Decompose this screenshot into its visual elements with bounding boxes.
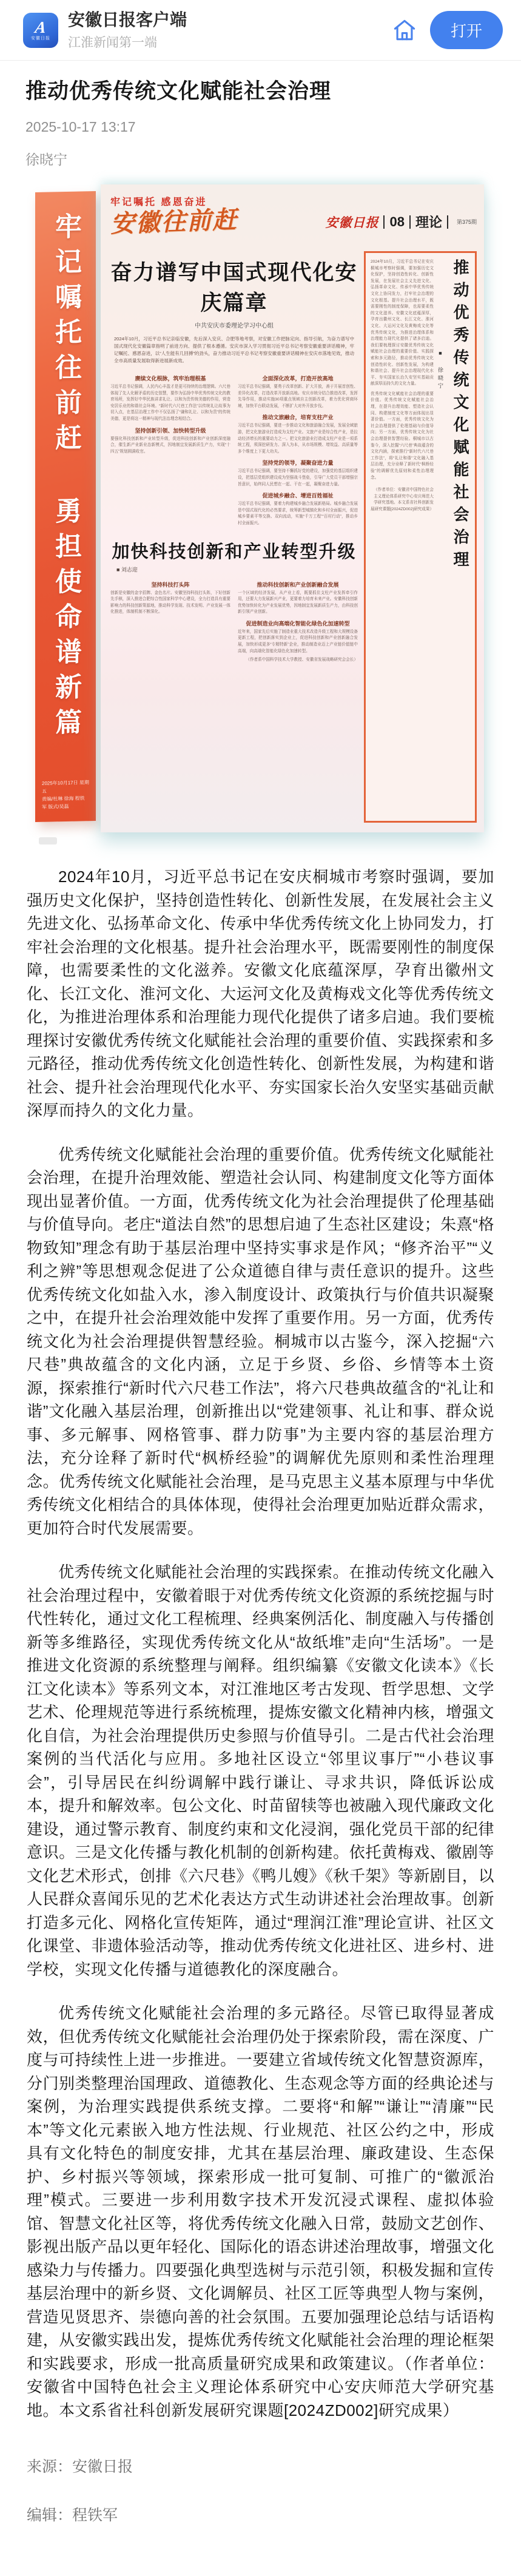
masthead-issue: 第375期	[457, 218, 477, 226]
newspaper-headline-1: 奋力谱写中国式现代化安庆篇章	[110, 256, 358, 317]
article-paragraph: 优秀传统文化赋能社会治理的实践探索。在推动传统文化融入社会治理过程中，安徽着眼于…	[27, 1560, 494, 1981]
banner-meta: 2025年10月17日 星期五 责编/杜琳 徐海 程铁军 版式/吴磊	[42, 778, 89, 811]
banner-slogan-vertical: 牢记嘱托往前赶 勇担使命谱新篇	[46, 212, 85, 743]
newspaper-masthead-row: 牢记嘱托 感恩奋进 安徽往前赶 安徽日报 08 理论 第375期	[110, 194, 477, 250]
masthead-divider	[447, 215, 448, 229]
newspaper-micro-text: 要强化科技创新和产业转型升级，促进科技创新和产业创新深度融合，催生新产业新业态新…	[110, 436, 230, 456]
newspaper-section-head: 全面深化改革，打造开放高地	[238, 374, 358, 382]
masthead-right: 安徽日报 08 理论 第375期	[325, 212, 477, 231]
newspaper-headline-2: 加快科技创新和产业转型升级	[110, 538, 358, 563]
newspaper-page-image[interactable]: 牢记嘱托往前赶 勇担使命谱新篇 2025年10月17日 星期五 责编/杜琳 徐海…	[35, 184, 484, 832]
newspaper-micro-text: 创新是安徽的金字招牌、金色名片。安徽坚持科技打头阵，下好创新先手棋，深入推进合肥…	[110, 590, 230, 616]
newspaper-two-columns-1: 赓续文化根脉，筑牢治理根基 习近平总书记强调，人民内心丰盈才是更可持续的治理逻辑…	[110, 371, 358, 527]
article-meta-footer: 来源：安徽日报 编辑：程铁军	[0, 2455, 521, 2576]
newspaper-section-head: 推动科技创新和产业创新融合发展	[238, 581, 358, 588]
app-name: 安徽日报客户端	[68, 10, 391, 30]
newspaper-col-d: 推动科技创新和产业创新融合发展 一个区域的经济发展，从产业上看，既要抓住支柱产业…	[238, 577, 358, 664]
masthead-section: 理论	[415, 212, 442, 231]
newspaper-micro-text: 习近平总书记强调，要着力构建城乡融合发展新格局。城乡融合发展是中国式现代化的必然…	[238, 501, 358, 527]
article-paragraph: 优秀传统文化赋能社会治理的重要价值。优秀传统文化赋能社会治理，在提升治理效能、塑…	[27, 1143, 494, 1540]
app-logo-glyph: A	[34, 19, 47, 35]
open-app-button[interactable]: 打开	[430, 11, 503, 49]
article-paragraph: 优秀传统文化赋能社会治理的多元路径。尽管已取得显著成效，但优秀传统文化赋能社会治…	[27, 2001, 494, 2422]
featured-article-box: 2024年10月，习近平总书记在安庆桐城市考察时强调，要加强历史文化保护，坚持创…	[364, 251, 477, 823]
image-watermark	[39, 837, 57, 845]
newspaper-sheet: 牢记嘱托 感恩奋进 安徽往前赶 安徽日报 08 理论 第375期 奋力谱写中国式…	[101, 184, 484, 832]
featured-micro-text: 优秀传统文化赋能社会治理的重要价值。优秀传统文化赋能社会治理，在提升治理效能、塑…	[371, 391, 434, 481]
newspaper-columns: 奋力谱写中国式现代化安庆篇章 中共安庆市委理论学习中心组 2024年10月，习近…	[110, 250, 477, 823]
newspaper-section-head: 促进制造业向高端化智能化绿色化加速转型	[238, 619, 358, 627]
app-logo-text: 安徽日报	[31, 35, 50, 41]
app-banner: A 安徽日报 安徽日报客户端 江淮新闻第一端 打开	[0, 0, 521, 61]
masthead-left: 牢记嘱托 感恩奋进 安徽往前赶	[110, 194, 238, 236]
featured-micro-text: 2024年10月，习近平总书记在安庆桐城市考察时强调，要加强历史文化保护，坚持创…	[371, 259, 434, 388]
newspaper-main-column: 奋力谱写中国式现代化安庆篇章 中共安庆市委理论学习中心组 2024年10月，习近…	[110, 250, 358, 823]
app-logo-icon: A 安徽日报	[23, 13, 58, 48]
article-header: 推动优秀传统文化赋能社会治理 2025-10-17 13:17 徐晓宁	[0, 61, 521, 169]
article-editor: 编辑：程铁军	[27, 2503, 494, 2525]
newspaper-intro: 2024年10月，习近平总书记亲临安徽，先后深入安庆、合肥等地考察，对安徽工作把…	[110, 335, 358, 365]
newspaper-section-head: 坚持创新引领、加快转型升级	[110, 427, 230, 434]
newspaper-micro-text: 一个区域的经济发展，从产业上看，既要抓住支柱产业发挥牵引作用，还要大力发展新兴产…	[238, 590, 358, 616]
banner-staff: 责编/杜琳 徐海 程铁军 版式/吴磊	[42, 794, 89, 811]
app-tagline: 江淮新闻第一端	[68, 33, 391, 51]
newspaper-micro-text: 习近平总书记强调，要勇于改革创新、扩大开放，善于开展首创性、差异化改革，打造改革…	[238, 384, 358, 410]
newspaper-micro-text: 习近平总书记强调，人民内心丰盈才是更可持续的治理逻辑。六尺巷体现了先人化解矛盾的…	[110, 384, 230, 423]
article-author: 徐晓宁	[25, 149, 496, 169]
newspaper-section-head: 赓续文化根脉，筑牢治理根基	[110, 374, 230, 382]
newspaper-micro-text: 习近平总书记强调，要坚持不懈抓好党的建设，加强党的基层组织建设，把基层党组织建设…	[238, 468, 358, 488]
newspaper-byline-2: ■ 刘志迎	[116, 565, 358, 573]
article-source: 来源：安徽日报	[27, 2455, 494, 2477]
appbar-titles: 安徽日报客户端 江淮新闻第一端	[68, 10, 391, 51]
article-date: 2025-10-17 13:17	[25, 119, 496, 135]
newspaper-two-columns-2: 坚持科技打头阵 创新是安徽的金字招牌、金色名片。安徽坚持科技打头阵，下好创新先手…	[110, 577, 358, 664]
newspaper-section-head: 坚持科技打头阵	[110, 581, 230, 588]
newspaper-article2-credit: （作者系中国科学技术大学教授、安徽省发展战略研究会会长）	[238, 657, 358, 664]
article-title: 推动优秀传统文化赋能社会治理	[25, 78, 496, 106]
masthead-name: 安徽日报	[325, 213, 378, 231]
newspaper-col-a: 赓续文化根脉，筑牢治理根基 习近平总书记强调，人民内心丰盈才是更可持续的治理逻辑…	[110, 371, 230, 527]
featured-credit: （作者单位：安徽省中国特色社会主义理论体系研究中心安庆师范大学研究基地。本文系省…	[371, 487, 434, 513]
newspaper-col-b: 全面深化改革，打造开放高地 习近平总书记强调，要勇于改革创新、扩大开放，善于开展…	[238, 371, 358, 527]
featured-article-text: 2024年10月，习近平总书记在安庆桐城市考察时强调，要加强历史文化保护，坚持创…	[371, 259, 434, 816]
newspaper-section-head: 坚持党的领导，凝聚奋进力量	[238, 459, 358, 467]
newspaper-section-head: 推动文旅融合，培育支柱产业	[238, 413, 358, 421]
banner-date: 2025年10月17日 星期五	[42, 778, 89, 795]
featured-author-vertical: ■ 徐晓宁	[437, 350, 445, 816]
featured-title-vertical: 推动优秀传统文化赋能社会治理	[449, 259, 471, 816]
newspaper-micro-text: 近年来，国家先后实施了制造业重大技术改造升级工程和大规模设备更新工程，把创新落实…	[238, 629, 358, 655]
home-icon[interactable]	[391, 17, 418, 44]
newspaper-side-banner: 牢记嘱托往前赶 勇担使命谱新篇 2025年10月17日 星期五 责编/杜琳 徐海…	[35, 191, 96, 822]
masthead-divider	[409, 215, 411, 229]
newspaper-micro-text: 习近平总书记强调，要进一步推动文化和旅游融合发展，发展全域旅游，把文化旅游业打造…	[238, 423, 358, 455]
article-body: 2024年10月，习近平总书记在安庆桐城市考察时强调，要加强历史文化保护，坚持创…	[0, 865, 521, 2422]
masthead-calligraphy: 安徽往前赶	[110, 206, 238, 238]
masthead-page-number: 08	[389, 214, 404, 230]
article-paragraph: 2024年10月，习近平总书记在安庆桐城市考察时强调，要加强历史文化保护，坚持创…	[27, 865, 494, 1122]
newspaper-col-c: 坚持科技打头阵 创新是安徽的金字招牌、金色名片。安徽坚持科技打头阵，下好创新先手…	[110, 577, 230, 664]
newspaper-section-head: 促进城乡融合、增进百姓福祉	[238, 491, 358, 499]
newspaper-byline-1: 中共安庆市委理论学习中心组	[110, 320, 358, 329]
masthead-divider	[383, 215, 385, 229]
